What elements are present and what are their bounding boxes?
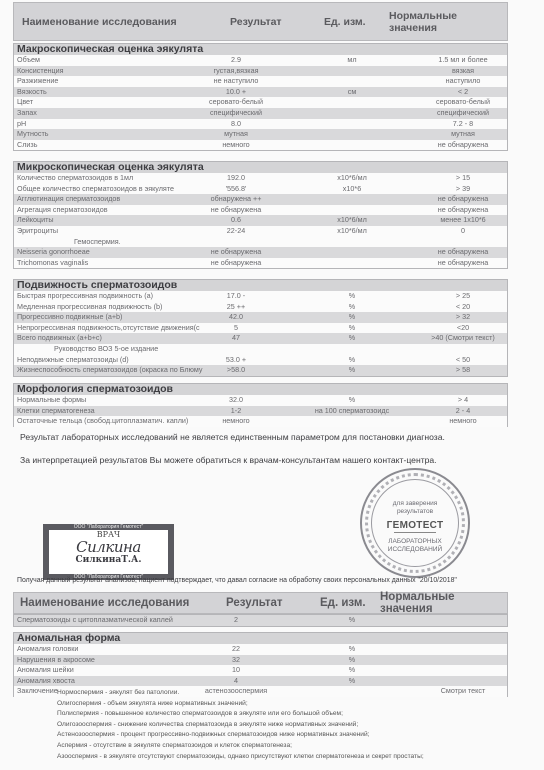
cell-result: 0.6 [231,215,241,226]
cell-norm: Смотри текст [441,686,486,697]
table-row: Мутностьмутнаямутная [14,129,507,140]
cell-name: Неподвижные сперматозоиды (d) [17,355,129,366]
cell-name: Аномалия головки [17,644,78,655]
cell-result: 22 [232,644,240,655]
cell-norm: не обнаружена [438,258,488,269]
header-norm: Нормальные значения [389,10,507,34]
table-row: Общее количество сперматозоидов в эякуля… [14,184,507,195]
section-morphology: Морфология сперматозоидов Нормальные фор… [13,383,508,427]
cell-name: Эритроциты [17,226,58,237]
cell-unit: % [349,665,355,676]
table-row: Неподвижные сперматозоиды (d)53.0 +%< 50 [14,355,507,366]
cell-norm: наступило [446,76,481,87]
header-name: Наименование исследования [20,597,189,609]
header-result: Результат [226,597,282,609]
cell-name: pH [17,119,26,130]
section-title: Аномальная форма [14,633,507,644]
cell-unit: % [349,302,355,313]
cell-result: 8.0 [231,119,241,130]
cell-norm: > 25 [456,291,470,302]
cell-result: 1-2 [231,406,241,417]
cell-unit: % [349,615,355,626]
section-microscopic: Микроскопическая оценка эякулята Количес… [13,161,508,269]
cell-name: Остаточные тельца (свобод.цитоплазматич.… [17,416,188,427]
stamp-line3: ЛАБОРАТОРНЫХ [362,538,468,545]
cell-name: Непрогрессивная подвижность,отсутствие д… [17,323,200,334]
legend-line: Нормоспермия - эякулят без патологии. [57,688,424,699]
cell-name: Аномалия хвоста [17,676,75,687]
cell-unit: % [349,365,355,376]
cell-result: 5 [234,323,238,334]
cell-norm: > 15 [456,173,470,184]
cell-name: Сперматозоиды с цитоплазматической капле… [17,615,173,626]
cell-norm: > 58 [456,365,470,376]
cell-unit: x10*6/мл [337,215,367,226]
cell-result: 4 [234,676,238,687]
header-norm: Нормальные значения [380,591,507,615]
cell-unit: % [349,333,355,344]
cell-unit: x10*6/мл [337,173,367,184]
doctor-stamp: ООО "Лаборатория Гемотест" ООО "Лаборато… [43,524,174,580]
doctor-signature: Силкина [48,539,169,555]
table-row: Прогрессивно подвижные (a+b)42.0%> 32 [14,312,507,323]
cell-norm: < 50 [456,355,470,366]
header-result: Результат [230,16,282,28]
cell-result: не наступило [214,76,259,87]
cell-unit: % [349,291,355,302]
table-row: Жизнеспособность сперматозоидов (окраска… [14,365,507,376]
table-row: Эритроциты22-24x10*6/мл0 [14,226,507,237]
cell-result: 22-24 [227,226,245,237]
table-row: Агглютинация сперматозоидовобнаружена ++… [14,194,507,205]
cell-result: серовато-белый [209,97,263,108]
note-text: Руководство ВОЗ 5-ое издание [54,344,158,355]
cell-name: Количество сперматозоидов в 1мл [17,173,133,184]
legend-line: Азооспермия - в эякуляте отсутствуют спе… [57,752,424,763]
cell-name: Neisseria gonorrhoeae [17,247,90,258]
cell-name: Мутность [17,129,49,140]
section-droplet: Сперматозоиды с цитоплазматической капле… [13,614,508,627]
cell-norm: < 20 [456,302,470,313]
cell-result: 2 [234,615,238,626]
cell-norm: 0 [461,226,465,237]
cell-result: 32.0 [229,395,243,406]
table-row: Медленная прогрессивная подвижность (b)2… [14,302,507,313]
cell-norm: серовато-белый [436,97,490,108]
disclaimer-text: Результат лабораторных исследований не я… [20,432,445,442]
section-title: Подвижность сперматозоидов [14,280,507,291]
table-row: Быстрая прогрессивная подвижность (a)17.… [14,291,507,302]
cell-result: 47 [232,333,240,344]
cell-norm: < 2 [458,87,468,98]
table-row: Агрегация сперматозоидовне обнаруженане … [14,205,507,216]
cell-result: 53.0 + [226,355,246,366]
cell-norm: вязкая [452,66,474,77]
lab-stamp: для заверения результатов ГЕМОТЕСТ ЛАБОР… [360,468,470,578]
table-row: Слизьнемногоне обнаружена [14,140,507,151]
stamp-brand: ГЕМОТЕСТ [362,520,468,531]
cell-result: специфический [210,108,262,119]
section-title: Микроскопическая оценка эякулята [14,162,507,173]
legend-line: Олигозооспермия - снижение количества сп… [57,720,424,731]
cell-result: мутная [224,129,248,140]
cell-norm: менее 1x10*6 [440,215,485,226]
cell-unit: x10*6/мл [337,226,367,237]
cell-unit: мл [347,55,356,66]
cell-norm: >40 (Смотри текст) [431,333,495,344]
cell-result: 17.0 - [227,291,245,302]
header-unit: Ед. изм. [320,597,366,609]
cell-result: 10.0 + [226,87,246,98]
table-row: Нарушения в акросоме32% [14,655,507,666]
table-row: Разжижениене наступилонаступило [14,76,507,87]
cell-result: не обнаружена [211,258,261,269]
cell-name: Вязкость [17,87,47,98]
cell-norm: не обнаружена [438,205,488,216]
table-header: Наименование исследования Результат Ед. … [13,2,508,41]
table-note: Руководство ВОЗ 5-ое издание [14,344,507,355]
cell-name: Trichomonas vaginalis [17,258,88,269]
table-row: Количество сперматозоидов в 1мл192.0x10*… [14,173,507,184]
cell-unit: на 100 сперматозоидс [315,406,389,417]
legend-line: Олигоспермия - объем эякулята ниже норма… [57,699,424,710]
stamp-side-right [168,529,174,575]
cell-unit: % [349,323,355,334]
cell-name: Агглютинация сперматозоидов [17,194,120,205]
cell-norm: > 4 [458,395,468,406]
cell-result: '556.8' [226,184,247,195]
cell-norm: специфический [437,108,489,119]
stamp-line2: результатов [362,508,468,515]
cell-norm: 7.2 - 8 [453,119,473,130]
cell-result: не обнаружена [211,247,261,258]
section-macroscopic: Макроскопическая оценка эякулята Объем2.… [13,43,508,151]
note-text: Гемоспермия. [74,237,121,248]
cell-unit: % [349,355,355,366]
section-title: Морфология сперматозоидов [14,384,507,395]
table-row: Аномалия шейки10% [14,665,507,676]
table-note: Гемоспермия. [14,237,507,248]
cell-name: Быстрая прогрессивная подвижность (a) [17,291,153,302]
cell-unit: % [349,312,355,323]
cell-norm: 2 - 4 [456,406,470,417]
section-motility: Подвижность сперматозоидов Быстрая прогр… [13,279,508,377]
cell-norm: > 32 [456,312,470,323]
consent-text: Получая данный результат анализов, пацие… [17,577,457,584]
cell-result: 10 [232,665,240,676]
cell-norm: <20 [457,323,469,334]
table-row: Непрогрессивная подвижность,отсутствие д… [14,323,507,334]
header-unit: Ед. изм. [324,16,366,28]
cell-norm: не обнаружена [438,247,488,258]
table-row: Остаточные тельца (свобод.цитоплазматич.… [14,416,507,427]
cell-unit: % [349,676,355,687]
cell-unit: % [349,644,355,655]
cell-name: Заключение [17,686,58,697]
section-title: Макроскопическая оценка эякулята [14,44,507,55]
cell-name: Лейкоциты [17,215,54,226]
table-row: Аномалия хвоста4% [14,676,507,687]
stamp-line1: для заверения [362,500,468,507]
table-row: Цветсеровато-белыйсеровато-белый [14,97,507,108]
cell-name: Медленная прогрессивная подвижность (b) [17,302,162,313]
cell-name: Разжижение [17,76,58,87]
legend-line: Астенозооспермия - процент прогрессивно-… [57,730,424,741]
table-row: Объем2.9мл1.5 мл и более [14,55,507,66]
table-row: Лейкоциты0.6x10*6/млменее 1x10*6 [14,215,507,226]
cell-name: Объем [17,55,40,66]
stamp-line4: ИССЛЕДОВАНИЙ [362,546,468,553]
table-row: Сперматозоиды с цитоплазматической капле… [14,615,507,626]
legend-line: Полиспермия - повышенное количество спер… [57,709,424,720]
cell-norm: мутная [451,129,475,140]
cell-name: Прогрессивно подвижные (a+b) [17,312,122,323]
cell-norm: немного [449,416,476,427]
table-row: Вязкость10.0 +см< 2 [14,87,507,98]
cell-norm: не обнаружена [438,140,488,151]
cell-name: Слизь [17,140,37,151]
cell-result: 42.0 [229,312,243,323]
cell-unit: x10*6 [343,184,361,195]
cell-unit: см [348,87,357,98]
stamp-org-top: ООО "Лаборатория Гемотест" [48,524,169,530]
cell-name: Нормальные формы [17,395,86,406]
cell-norm: > 39 [456,184,470,195]
cell-name: Агрегация сперматозоидов [17,205,108,216]
cell-name: Аномалия шейки [17,665,74,676]
cell-name: Жизнеспособность сперматозоидов (окраска… [17,365,202,376]
cell-name: Запах [17,108,37,119]
cell-result: густая,вязкая [214,66,259,77]
table-row: Neisseria gonorrhoeaeне обнаруженане обн… [14,247,507,258]
cell-result: >58.0 [227,365,245,376]
stamp-divider [394,532,436,533]
cell-result: 25 ++ [227,302,245,313]
cell-result: обнаружена ++ [211,194,262,205]
table-row: Запахспецифическийспецифический [14,108,507,119]
legend-line: Аспермия - отсутствие в эякуляте спермат… [57,741,424,752]
cell-unit: % [349,395,355,406]
table-row: Всего подвижных (a+b+c)47%>40 (Смотри те… [14,333,507,344]
table-header-2: Наименование исследования Результат Ед. … [13,592,508,614]
cell-name: Клетки сперматогенеза [17,406,95,417]
table-row: Аномалия головки22% [14,644,507,655]
table-row: pH8.07.2 - 8 [14,119,507,130]
doctor-name: СилкинаТ.А. [48,555,169,565]
header-name: Наименование исследования [22,16,177,28]
stamp-side-left [43,529,49,575]
table-row: Нормальные формы32.0%> 4 [14,395,507,406]
cell-result: 192.0 [227,173,245,184]
cell-norm: 1.5 мл и более [438,55,487,66]
cell-name: Общее количество сперматозоидов в эякуля… [17,184,174,195]
contact-text: За интерпретацией результатов Вы можете … [20,455,437,465]
cell-result: 32 [232,655,240,666]
cell-result: немного [222,416,249,427]
table-row: Клетки сперматогенеза1-2на 100 сперматоз… [14,406,507,417]
cell-result: не обнаружена [211,205,261,216]
cell-name: Нарушения в акросоме [17,655,95,666]
cell-name: Цвет [17,97,33,108]
cell-name: Всего подвижных (a+b+c) [17,333,102,344]
cell-result: 2.9 [231,55,241,66]
table-row: Консистенциягустая,вязкаявязкая [14,66,507,77]
cell-result: немного [222,140,249,151]
table-row: Trichomonas vaginalisне обнаруженане обн… [14,258,507,269]
cell-name: Консистенция [17,66,64,77]
conclusion-legend: Нормоспермия - эякулят без патологии.Оли… [57,688,424,762]
cell-unit: % [349,655,355,666]
cell-norm: не обнаружена [438,194,488,205]
